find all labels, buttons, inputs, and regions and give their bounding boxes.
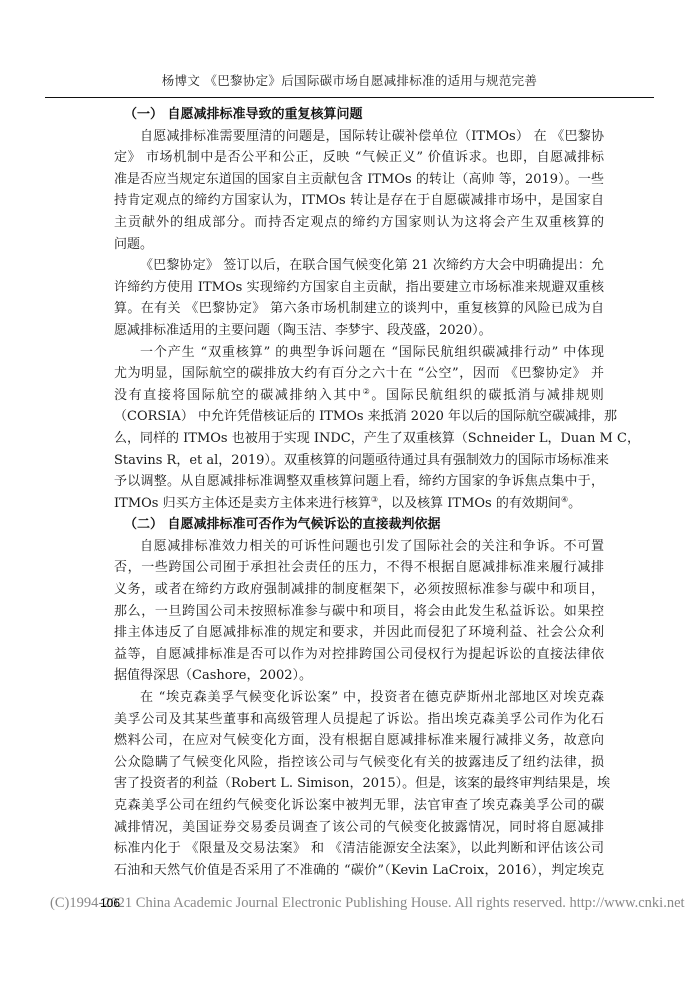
footnote-marker[interactable]: ② — [363, 387, 372, 396]
text-line: 算。在有关 《巴黎协定》 第六条市场机制建立的谈判中，重复核算的风险已成为自 — [114, 298, 604, 320]
text-line: 标准内化于 《限量及交易法案》 和 《清洁能源安全法案》，以此判断和评估该公司 — [114, 838, 604, 860]
text-line: 公众隐瞒了气候变化风险，指控该公司与气候变化有关的披露违反了纽约法律，损 — [114, 752, 604, 774]
footnote-marker[interactable]: ③ — [371, 495, 378, 504]
text-line: 么，同样的 ITMOs 也被用于实现 INDC，产生了双重核算（Schneide… — [114, 428, 604, 450]
text-line: 石油和天然气价值是否采用了不准确的 “碳价”（Kevin LaCroix，201… — [114, 860, 604, 882]
section-heading-1: （一） 自愿减排标准导致的重复核算问题 — [114, 104, 604, 126]
paragraph: 自愿减排标准需要厘清的问题是，国际转让碳补偿单位（ITMOs） 在 《巴黎协 定… — [114, 126, 604, 256]
text-line: 排主体违反了自愿减排标准的规定和要求，并因此而侵犯了环境利益、社会公众利 — [114, 622, 604, 644]
text-line: 《巴黎协定》 签订以后，在联合国气候变化第 21 次缔约方大会中明确提出：允 — [114, 255, 604, 277]
text-line: 自愿减排标准效力相关的可诉性问题也引发了国际社会的关注和争诉。不可置 — [114, 536, 604, 558]
text-line: 尤为明显，国际航空的碳排放大约有百分之六十在 “公空”，因而 《巴黎协定》 并 — [114, 363, 604, 385]
text-line: 害了投资者的利益（Robert L. Simison，2015）。但是，该案的最… — [114, 773, 604, 795]
text-line: 克森美孚公司在纽约气候变化诉讼案中被判无罪，法官审查了埃克森美孚公司的碳 — [114, 795, 604, 817]
text-line: 益等，自愿减排标准是否可以作为对控排跨国公司侵权行为提起诉讼的直接法律依 — [114, 644, 604, 666]
header-rule — [45, 97, 654, 98]
paragraph: 《巴黎协定》 签订以后，在联合国气候变化第 21 次缔约方大会中明确提出：允 许… — [114, 255, 604, 341]
text-line: 燃料公司，在应对气候变化方面，没有根据自愿减排标准来履行减排义务，故意向 — [114, 730, 604, 752]
text-line: 持肯定观点的缔约方国家认为，ITMOs 转让是存在于自愿碳减排市场中，是国家自 — [114, 190, 604, 212]
text-line: 许缔约方使用 ITMOs 实现缔约方国家自主贡献，指出要建立市场标准来规避双重核 — [114, 277, 604, 299]
text-line: 那么，一旦跨国公司未按照标准参与碳中和项目，将会由此发生私益诉讼。如果控 — [114, 601, 604, 623]
text-line: 定》 市场机制中是否公平和公正，反映 “气候正义” 价值诉求。也即，自愿减排标 — [114, 147, 604, 169]
running-head-title: 杨博文 《巴黎协定》后国际碳市场自愿减排标准的适用与规范完善 — [0, 71, 699, 89]
text-line: 据值得深思（Cashore，2002）。 — [114, 665, 604, 687]
paragraph: 一个产生 “双重核算” 的典型争诉问题在 “国际民航组织碳减排行动” 中体现 尤… — [114, 342, 604, 515]
section-heading-2: （二） 自愿减排标准可否作为气候诉讼的直接裁判依据 — [114, 514, 604, 536]
text-line: 自愿减排标准需要厘清的问题是，国际转让碳补偿单位（ITMOs） 在 《巴黎协 — [114, 126, 604, 148]
paragraph: 自愿减排标准效力相关的可诉性问题也引发了国际社会的关注和争诉。不可置 否，一些跨… — [114, 536, 604, 687]
text-line: 一个产生 “双重核算” 的典型争诉问题在 “国际民航组织碳减排行动” 中体现 — [114, 342, 604, 364]
text-line: 主贡献外的组成部分。而持否定观点的缔约方国家则认为这将会产生双重核算的 — [114, 212, 604, 234]
page-number: 106 — [100, 896, 120, 910]
text-line: 准是否应当规定东道国的国家自主贡献包含 ITMOs 的转让（高帅 等，2019）… — [114, 169, 604, 191]
text-line: Stavins R，et al，2019）。双重核算的问题亟待通过具有强制效力的… — [114, 450, 604, 472]
text-line: 在 “埃克森美孚气候变化诉讼案” 中，投资者在德克萨斯州北部地区对埃克森 — [114, 687, 604, 709]
text-line: 否，一些跨国公司囿于承担社会责任的压力，不得不根据自愿减排标准来履行减排 — [114, 557, 604, 579]
text-line: 问题。 — [114, 234, 604, 256]
text-line: 没有直接将国际航空的碳减排纳入其中②。国际民航组织的碳抵消与减排规则 — [114, 385, 604, 407]
copyright-footer: (C)1994-2021 China Academic Journal Elec… — [50, 895, 699, 912]
footnote-marker[interactable]: ④ — [561, 495, 568, 504]
paragraph: 在 “埃克森美孚气候变化诉讼案” 中，投资者在德克萨斯州北部地区对埃克森 美孚公… — [114, 687, 604, 881]
text-line: 愿减排标准适用的主要问题（陶玉洁、李梦宇、段茂盛，2020）。 — [114, 320, 604, 342]
text-line: 义务，或者在缔约方政府强制减排的制度框架下，必须按照标准参与碳中和项目， — [114, 579, 604, 601]
text-line: ITMOs 归买方主体还是卖方主体来进行核算③，以及核算 ITMOs 的有效期间… — [114, 493, 604, 515]
text-line: 予以调整。从自愿减排标准调整双重核算问题上看，缔约方国家的争诉焦点集中于， — [114, 471, 604, 493]
article-body: （一） 自愿减排标准导致的重复核算问题 自愿减排标准需要厘清的问题是，国际转让碳… — [114, 104, 604, 881]
text-line: （CORSIA） 中允许凭借核证后的 ITMOs 来抵消 2020 年以后的国际… — [114, 406, 604, 428]
text-line: 美孚公司及其某些董事和高级管理人员提起了诉讼。指出埃克森美孚公司作为化石 — [114, 709, 604, 731]
text-line: 减排情况，美国证券交易委员调查了该公司的气候变化披露情况，同时将自愿减排 — [114, 817, 604, 839]
